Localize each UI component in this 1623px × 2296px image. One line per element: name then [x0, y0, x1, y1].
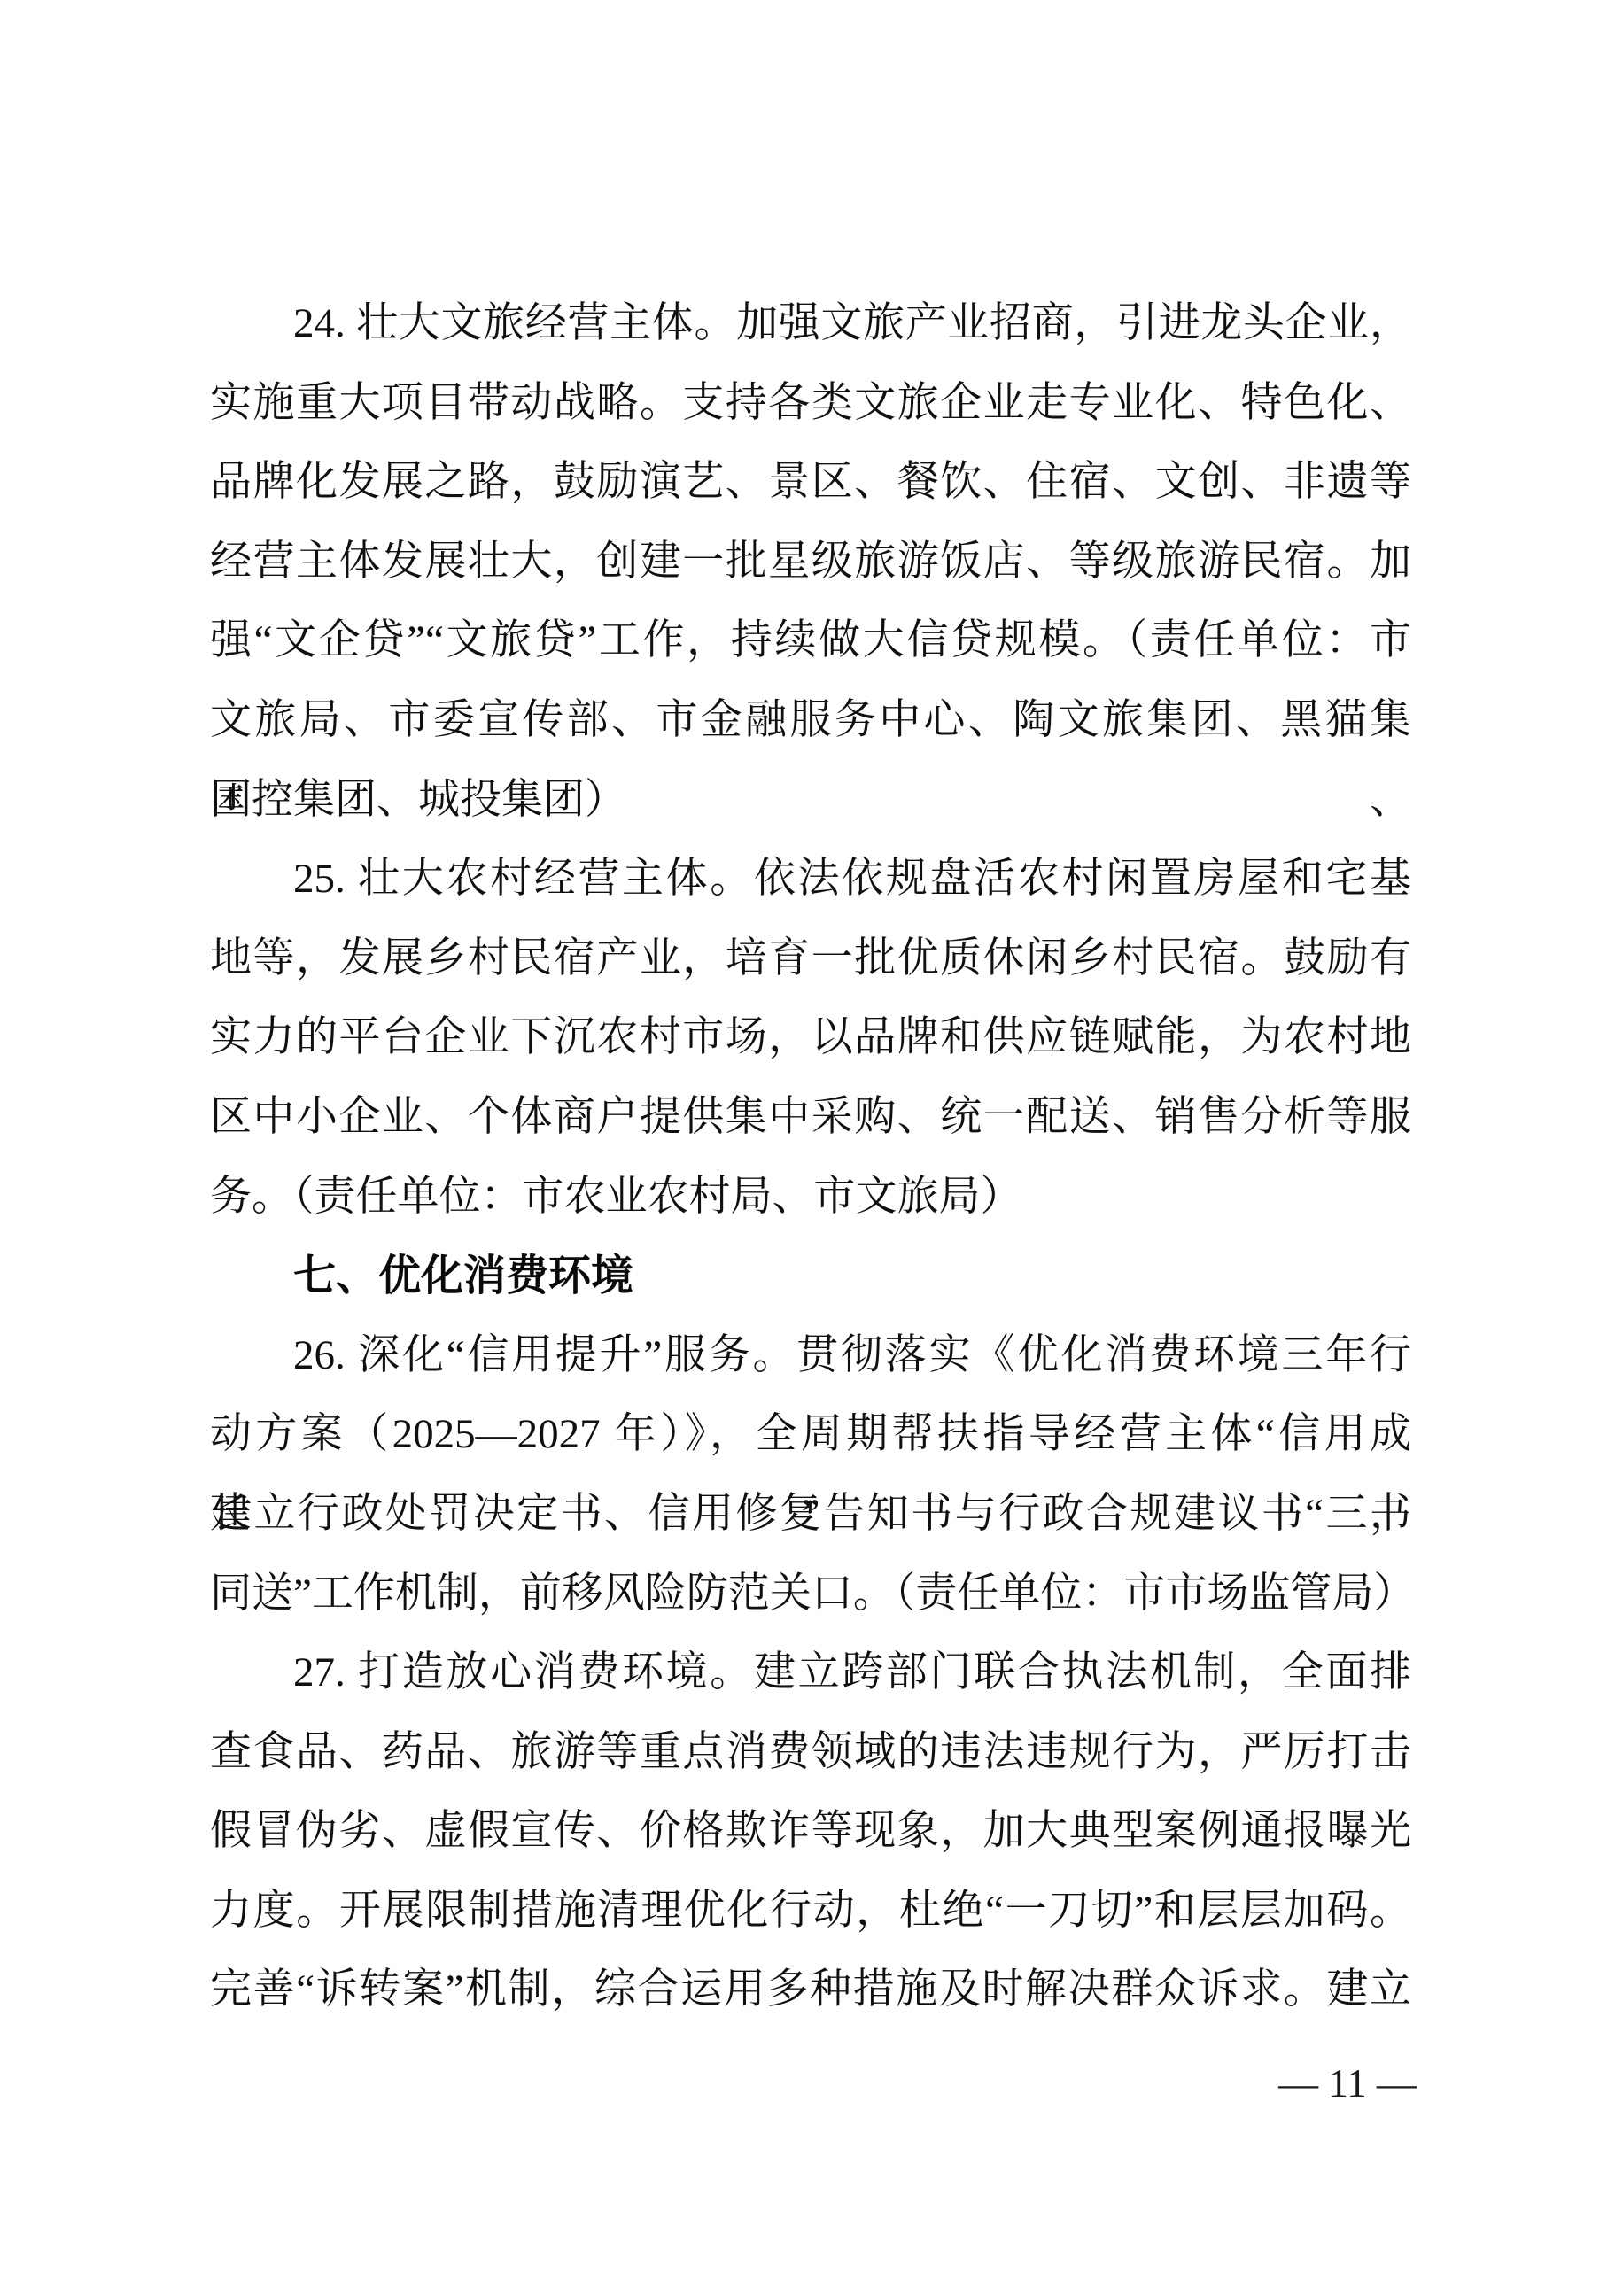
- paragraph-line: 实施重大项目带动战略。支持各类文旅企业走专业化、特色化、: [210, 364, 1411, 444]
- paragraph-line: 建立行政处罚决定书、信用修复告知书与行政合规建议书“三书: [210, 1475, 1411, 1555]
- section-heading: 七、优化消费环境: [210, 1237, 1411, 1316]
- paragraph-line: 品牌化发展之路，鼓励演艺、景区、餐饮、住宿、文创、非遗等: [210, 443, 1411, 523]
- paragraph-line: 27. 打造放心消费环境。建立跨部门联合执法机制，全面排: [210, 1633, 1411, 1713]
- document-page: 24. 壮大文旅经营主体。加强文旅产业招商，引进龙头企业， 实施重大项目带动战略…: [0, 0, 1623, 2296]
- page-number: — 11 —: [1278, 2060, 1417, 2106]
- paragraph-line: 24. 壮大文旅经营主体。加强文旅产业招商，引进龙头企业，: [210, 284, 1411, 364]
- paragraph-line: 动方案（2025—2027 年）》，全周期帮扶指导经营主体“信用成长”，: [210, 1395, 1411, 1475]
- paragraph-line: 经营主体发展壮大，创建一批星级旅游饭店、等级旅游民宿。加: [210, 523, 1411, 602]
- text-block: 24. 壮大文旅经营主体。加强文旅产业招商，引进龙头企业， 实施重大项目带动战略…: [210, 284, 1411, 2030]
- paragraph-line: 文旅局、市委宣传部、市金融服务中心、陶文旅集团、黑猫集团、: [210, 681, 1411, 761]
- paragraph-line: 强“文企贷”“文旅贷”工作，持续做大信贷规模。（责任单位：市: [210, 601, 1411, 681]
- paragraph-line: 同送”工作机制，前移风险防范关口。（责任单位：市市场监管局）: [210, 1555, 1411, 1634]
- paragraph-line: 查食品、药品、旅游等重点消费领域的违法违规行为，严厉打击: [210, 1713, 1411, 1793]
- paragraph-line: 力度。开展限制措施清理优化行动，杜绝“一刀切”和层层加码。: [210, 1872, 1411, 1951]
- paragraph-line: 区中小企业、个体商户提供集中采购、统一配送、销售分析等服: [210, 1078, 1411, 1158]
- paragraph-line: 务。（责任单位：市农业农村局、市文旅局）: [210, 1158, 1411, 1237]
- paragraph-line: 26. 深化“信用提升”服务。贯彻落实《优化消费环境三年行: [210, 1316, 1411, 1396]
- paragraph-line: 地等，发展乡村民宿产业，培育一批优质休闲乡村民宿。鼓励有: [210, 919, 1411, 999]
- paragraph-line: 假冒伪劣、虚假宣传、价格欺诈等现象，加大典型案例通报曝光: [210, 1792, 1411, 1872]
- paragraph-line: 完善“诉转案”机制，综合运用多种措施及时解决群众诉求。建立: [210, 1951, 1411, 2030]
- paragraph-line: 实力的平台企业下沉农村市场，以品牌和供应链赋能，为农村地: [210, 998, 1411, 1078]
- paragraph-line: 25. 壮大农村经营主体。依法依规盘活农村闲置房屋和宅基: [210, 840, 1411, 919]
